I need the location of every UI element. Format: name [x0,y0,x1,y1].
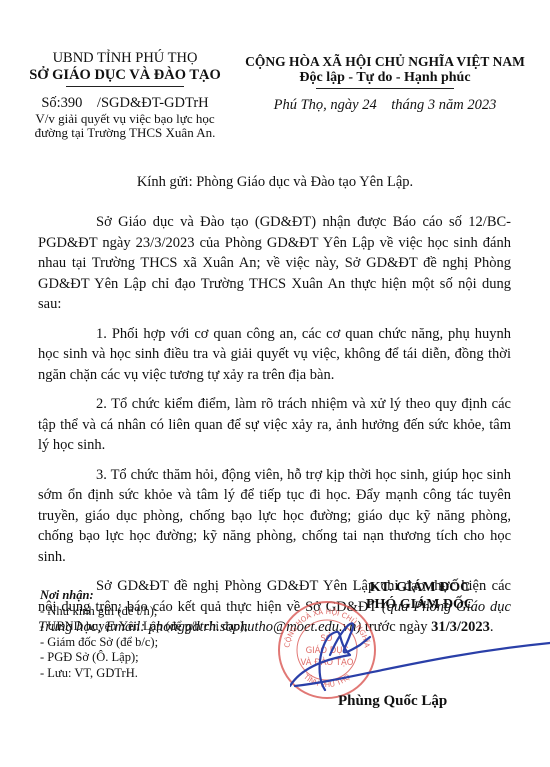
official-document: UBND TỈNH PHÚ THỌ SỞ GIÁO DỤC VÀ ĐÀO TẠO… [0,0,550,767]
recipient-item: - Như kính gửi (để t/h); [40,604,248,620]
department-name: SỞ GIÁO DỤC VÀ ĐÀO TẠO [10,67,240,84]
motto-underline [316,88,454,89]
recipients-title: Nơi nhận: [40,588,248,604]
subject-line-2: đường tại Trường THCS Xuân An. [10,125,240,141]
issuing-authority: UBND TỈNH PHÚ THỌ [10,50,240,67]
signature-title-2: PHÓ GIÁM ĐỐC [310,597,530,613]
document-number: Số:390 /SGD&ĐT-GDTrH [10,95,240,112]
intro-paragraph: Sở Giáo dục và Đào tạo (GD&ĐT) nhận được… [38,212,511,315]
place-date: Phú Thọ, ngày 24 tháng 3 năm 2023 [230,97,540,114]
recipient-item: - UBND huyện Yên Lập (để p/h chỉ đạo); [40,619,248,635]
addressee: Kính gửi: Phòng Giáo dục và Đào tạo Yên … [0,174,550,191]
body-item-2: 2. Tổ chức kiểm điểm, làm rõ trách nhiệm… [38,394,511,456]
signature-title-1: KT. GIÁM ĐỐC [310,580,530,596]
handwritten-signature-icon [290,615,550,705]
national-title: CỘNG HÒA XÃ HỘI CHỦ NGHĨA VIỆT NAM [230,54,540,70]
department-underline [66,86,184,87]
national-motto: Độc lập - Tự do - Hạnh phúc [230,70,540,86]
recipient-item: - PGĐ Sở (Ô. Lập); [40,650,248,666]
body-item-1: 1. Phối hợp với cơ quan công an, các cơ … [38,324,511,386]
recipients-list: Nơi nhận: - Như kính gửi (để t/h); - UBN… [40,588,248,681]
recipient-item: - Lưu: VT, GDTrH. [40,666,248,682]
signer-name: Phùng Quốc Lập [338,693,447,710]
recipient-item: - Giám đốc Sở (để b/c); [40,635,248,651]
body-item-3: 3. Tổ chức thăm hỏi, động viên, hỗ trợ k… [38,465,511,568]
